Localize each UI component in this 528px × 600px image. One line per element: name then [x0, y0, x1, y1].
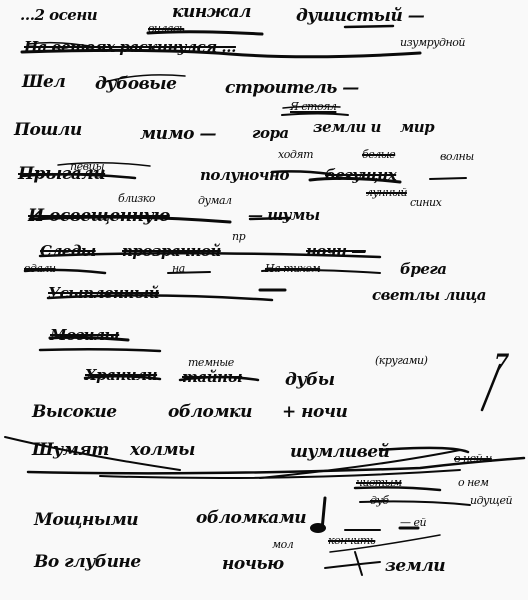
line-13a-word-1: мол	[272, 538, 293, 551]
line-13-word-3: — ей	[400, 516, 426, 529]
line-11-word-3: + ночи	[282, 402, 347, 422]
line-3-interlinear: Я стоял	[290, 100, 336, 113]
line-11-word-2: обломки	[168, 402, 252, 422]
line-10-word-1: Хранили	[85, 366, 157, 384]
line-6-word-2: — шумы	[248, 206, 320, 224]
line-12a-word-2: о нем	[458, 476, 489, 489]
line-4a-word-4: волны	[440, 150, 474, 163]
line-1-tail: душистый —	[296, 6, 424, 26]
line-5a-word-2: думал	[198, 194, 232, 207]
line-7a-word-4: брега	[400, 260, 447, 278]
line-5a-word-3: лунный	[366, 186, 407, 199]
line-7-word-1: Следы	[40, 242, 96, 260]
line-5a-word-4: синих	[410, 196, 441, 209]
line-4a-word-2: ходят	[278, 148, 313, 161]
line-13a-word-2: кончить	[328, 534, 375, 547]
line-11-word-1: Высокие	[32, 402, 117, 422]
line-13-word-1: Мощными	[34, 510, 138, 530]
line-6a: пр	[232, 230, 245, 243]
line-2-margin: изумрудной	[400, 36, 465, 49]
line-4-word-5: мир	[400, 118, 434, 136]
line-1-number: …2 осени	[20, 6, 97, 24]
manuscript-page: …2 осени кинжал душистый — вилась На вет…	[0, 0, 528, 600]
line-5-word-2: полуночно	[200, 166, 289, 184]
line-12-word-1: Шумят	[32, 440, 109, 460]
line-13-word-2: обломками	[196, 508, 306, 528]
line-5a-word-1: близко	[118, 192, 155, 205]
line-3-word-2: дубовые	[95, 74, 176, 94]
line-12a-word-1: чистым	[356, 476, 402, 489]
line-7a-word-3: На тихом	[265, 262, 320, 275]
line-4-word-2: мимо —	[140, 124, 216, 144]
line-3-word-3: строитель —	[225, 78, 359, 98]
line-10-word-4: дубы	[285, 370, 335, 390]
line-12a-word-3: дуб	[370, 494, 389, 507]
line-6-word-1: И освещенную	[28, 206, 170, 226]
line-1a: вилась	[148, 22, 184, 35]
line-4-word-4: земли и	[313, 118, 381, 136]
line-10-word-3: тайны	[182, 368, 242, 386]
line-12-tail: в ней и	[454, 452, 492, 465]
line-1-word: кинжал	[172, 2, 251, 22]
line-12-word-2: холмы	[130, 440, 195, 460]
line-10-mark: 7	[494, 350, 509, 376]
line-12a-word-4: идущей	[470, 494, 512, 507]
line-14-word-3: земли	[385, 556, 445, 576]
line-5-word-1: Прыгали	[18, 164, 105, 184]
line-14-word-2: ночью	[222, 554, 284, 574]
line-5-word-3: бегущих	[325, 166, 396, 184]
line-3-word-1: Шел	[22, 72, 65, 92]
line-9-word-1: Могилы	[50, 326, 119, 344]
line-4-word-3: гора	[252, 124, 289, 142]
line-2-struck: На ветвях раскинулся …	[24, 38, 236, 56]
line-10-paren: (кругами)	[375, 354, 427, 367]
line-4-word-1: Пошли	[14, 120, 82, 140]
line-8-word-1: Усыпленный	[48, 284, 159, 302]
line-12-word-3: шумливей	[290, 442, 389, 462]
line-8-margin: светлы лица	[372, 286, 486, 304]
line-7-word-2: прозрачной	[122, 242, 221, 260]
line-14-word-1: Во глубине	[34, 552, 141, 572]
line-4a-word-3: белые	[362, 148, 395, 161]
line-7-word-3: ночи —	[306, 242, 366, 260]
line-7a-word-1: вдали	[24, 262, 56, 275]
line-7a-word-2: на	[172, 262, 185, 275]
